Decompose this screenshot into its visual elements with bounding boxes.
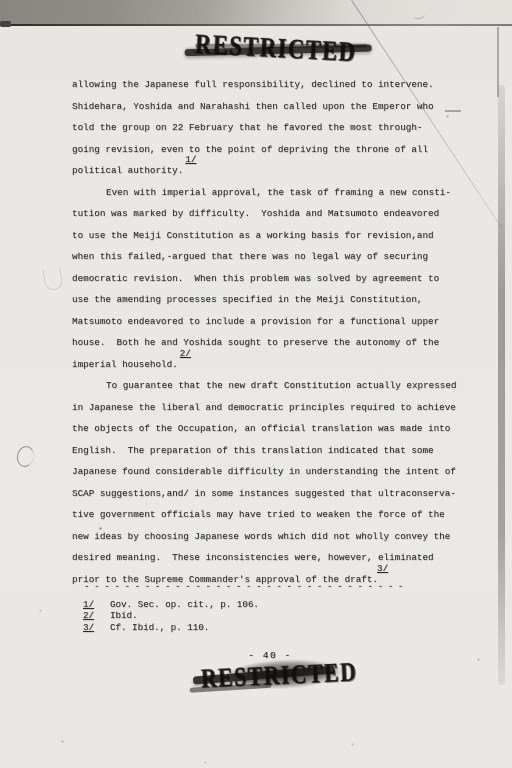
text-line: Japanese found considerable difficulty i… xyxy=(72,461,482,483)
page-right-edge-shadow xyxy=(498,85,505,685)
footnote-separator-dashes: - - - - - - - - - - - - - - - - - - - - … xyxy=(84,581,504,592)
text-line: the objects of the Occupation, an offici… xyxy=(72,418,482,440)
text-line: English. The preparation of this transla… xyxy=(72,440,482,462)
text-line-text: imperial household. xyxy=(72,359,178,370)
margin-pencil-circle-mark xyxy=(15,444,36,468)
scan-artifact-top-band xyxy=(0,0,512,25)
footnote-ref-2: 2/ xyxy=(180,348,191,359)
text-line: use the amending processes specified in … xyxy=(72,289,482,311)
text-line-text: political authority. xyxy=(72,165,183,176)
footnote-row: 1/Gov. Sec. op. cit., p. 106. xyxy=(83,599,259,610)
restricted-stamp-top: RESTRICTED xyxy=(194,29,397,72)
scanned-document-page: RESTRICTED allowing the Japanese full re… xyxy=(0,0,512,768)
text-line: political authority.1/ xyxy=(72,160,482,182)
text-line: tution was marked by difficulty. Yoshida… xyxy=(72,203,482,225)
footnote-row: 3/Cf. Ibid., p. 110. xyxy=(83,622,259,633)
text-line: To guarantee that the new draft Constitu… xyxy=(72,375,482,397)
footnote-number: 1/ xyxy=(83,599,110,610)
footnote-text: Ibid. xyxy=(110,610,138,621)
text-line: SCAP suggestions,and/ in some instances … xyxy=(72,483,482,505)
text-line: going revision, even to the point of dep… xyxy=(72,139,482,161)
footnote-text: Cf. Ibid., p. 110. xyxy=(110,622,209,633)
text-line: in Japanese the liberal and democratic p… xyxy=(72,397,482,419)
text-line: allowing the Japanese full responsibilit… xyxy=(72,74,482,96)
text-line: house. Both he and Yoshida sought to pre… xyxy=(72,332,482,354)
text-line: tive government officials may have tried… xyxy=(72,504,482,526)
text-line: desired meaning. These inconsistencies w… xyxy=(72,547,482,569)
stamp-strikethrough-mark xyxy=(195,44,367,48)
text-line: to use the Meiji Constitution as a worki… xyxy=(72,225,482,247)
footnotes-block: 1/Gov. Sec. op. cit., p. 106. 2/Ibid. 3/… xyxy=(83,599,259,633)
text-line: Even with imperial approval, the task of… xyxy=(72,182,482,204)
page-top-edge-ink-blot xyxy=(0,21,11,27)
footnote-number: 2/ xyxy=(83,610,110,621)
text-line: new ideas by choosing Japanese words whi… xyxy=(72,526,482,548)
page-top-edge-line xyxy=(0,24,512,26)
margin-pencil-u-mark xyxy=(43,267,64,291)
document-body: allowing the Japanese full responsibilit… xyxy=(72,74,482,590)
footnote-text: Gov. Sec. op. cit., p. 106. xyxy=(110,599,259,610)
paper-specks xyxy=(0,0,1,1)
footnote-row: 2/Ibid. xyxy=(83,610,259,621)
text-line: when this failed,-argued that there was … xyxy=(72,246,482,268)
text-line: Matsumoto endeavored to include a provis… xyxy=(72,311,482,333)
text-line: democratic revision. When this problem w… xyxy=(72,268,482,290)
footnote-ref-3: 3/ xyxy=(377,558,388,580)
text-line: Shidehara, Yoshida and Narahashi then ca… xyxy=(72,96,482,118)
footnote-ref-1: 1/ xyxy=(185,154,196,165)
text-line: imperial household.2/ xyxy=(72,354,482,376)
text-line: told the group on 22 February that he fa… xyxy=(72,117,482,139)
page-number: - 40 - xyxy=(14,650,512,661)
footnote-number: 3/ xyxy=(83,622,110,633)
